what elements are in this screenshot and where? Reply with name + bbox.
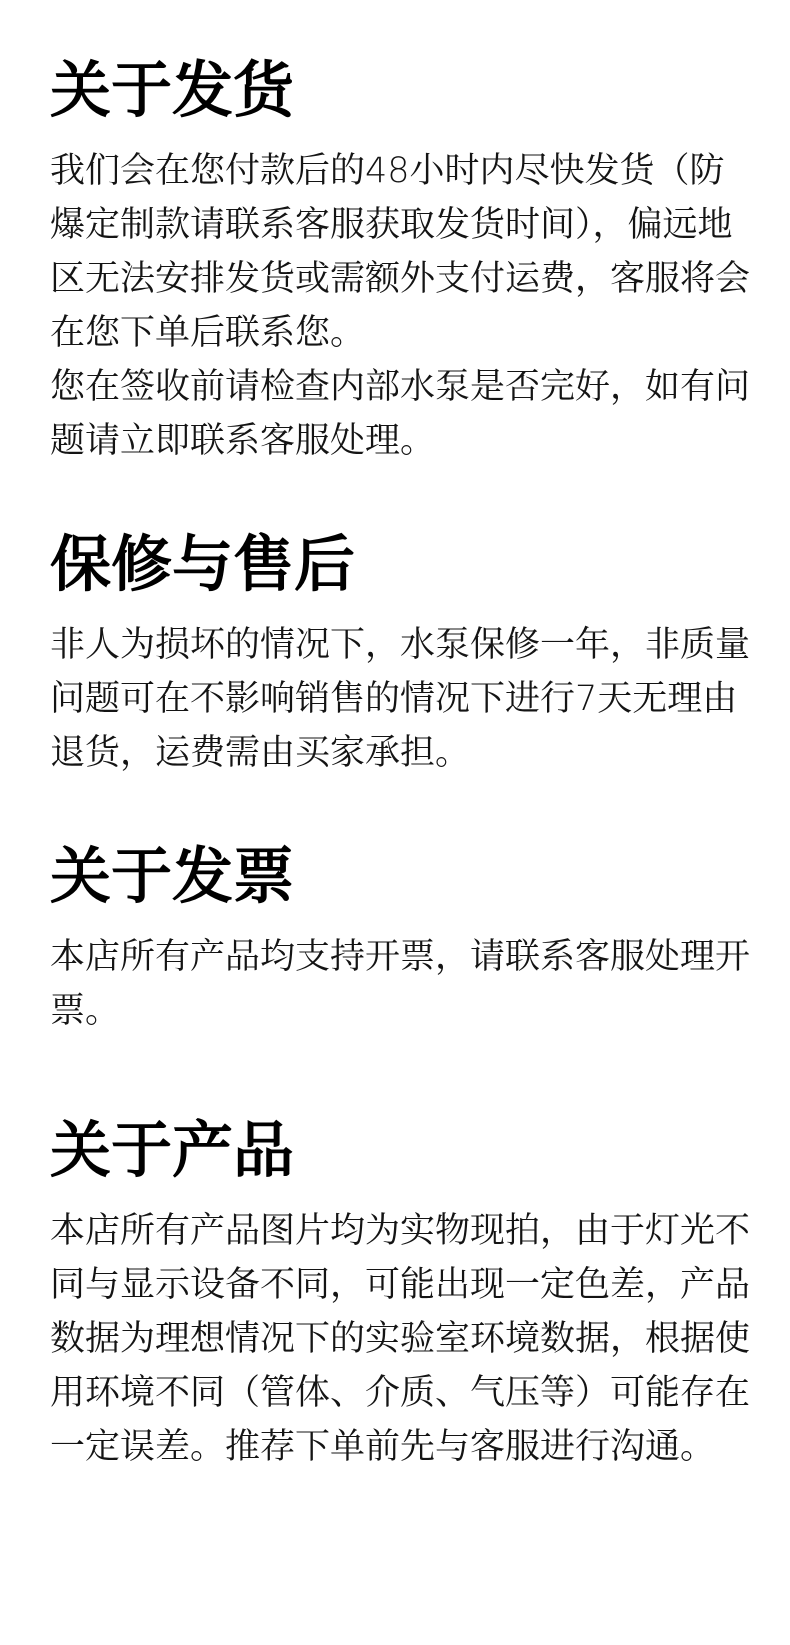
section-title-warranty: 保修与售后 xyxy=(50,530,758,600)
shipping-paragraph-1: 我们会在您付款后的48小时内尽快发货（防爆定制款请联系客服获取发货时间），偏远地… xyxy=(50,144,758,360)
section-title-product: 关于产品 xyxy=(50,1116,758,1186)
product-description-page: 关于发货 我们会在您付款后的48小时内尽快发货（防爆定制款请联系客服获取发货时间… xyxy=(0,0,790,1645)
section-warranty: 保修与售后 非人为损坏的情况下，水泵保修一年，非质量问题可在不影响销售的情况下进… xyxy=(0,530,790,780)
section-shipping: 关于发货 我们会在您付款后的48小时内尽快发货（防爆定制款请联系客服获取发货时间… xyxy=(0,56,790,468)
section-title-shipping: 关于发货 xyxy=(50,56,758,126)
warranty-paragraph: 非人为损坏的情况下，水泵保修一年，非质量问题可在不影响销售的情况下进行7天无理由… xyxy=(50,618,758,780)
section-product: 关于产品 本店所有产品图片均为实物现拍，由于灯光不同与显示设备不同，可能出现一定… xyxy=(0,1116,790,1474)
section-invoice: 关于发票 本店所有产品均支持开票，请联系客服处理开票。 xyxy=(0,842,790,1038)
shipping-paragraph-2: 您在签收前请检查内部水泵是否完好，如有问题请立即联系客服处理。 xyxy=(50,360,758,468)
section-title-invoice: 关于发票 xyxy=(50,842,758,912)
invoice-paragraph: 本店所有产品均支持开票，请联系客服处理开票。 xyxy=(50,930,758,1038)
product-paragraph: 本店所有产品图片均为实物现拍，由于灯光不同与显示设备不同，可能出现一定色差，产品… xyxy=(50,1204,758,1474)
